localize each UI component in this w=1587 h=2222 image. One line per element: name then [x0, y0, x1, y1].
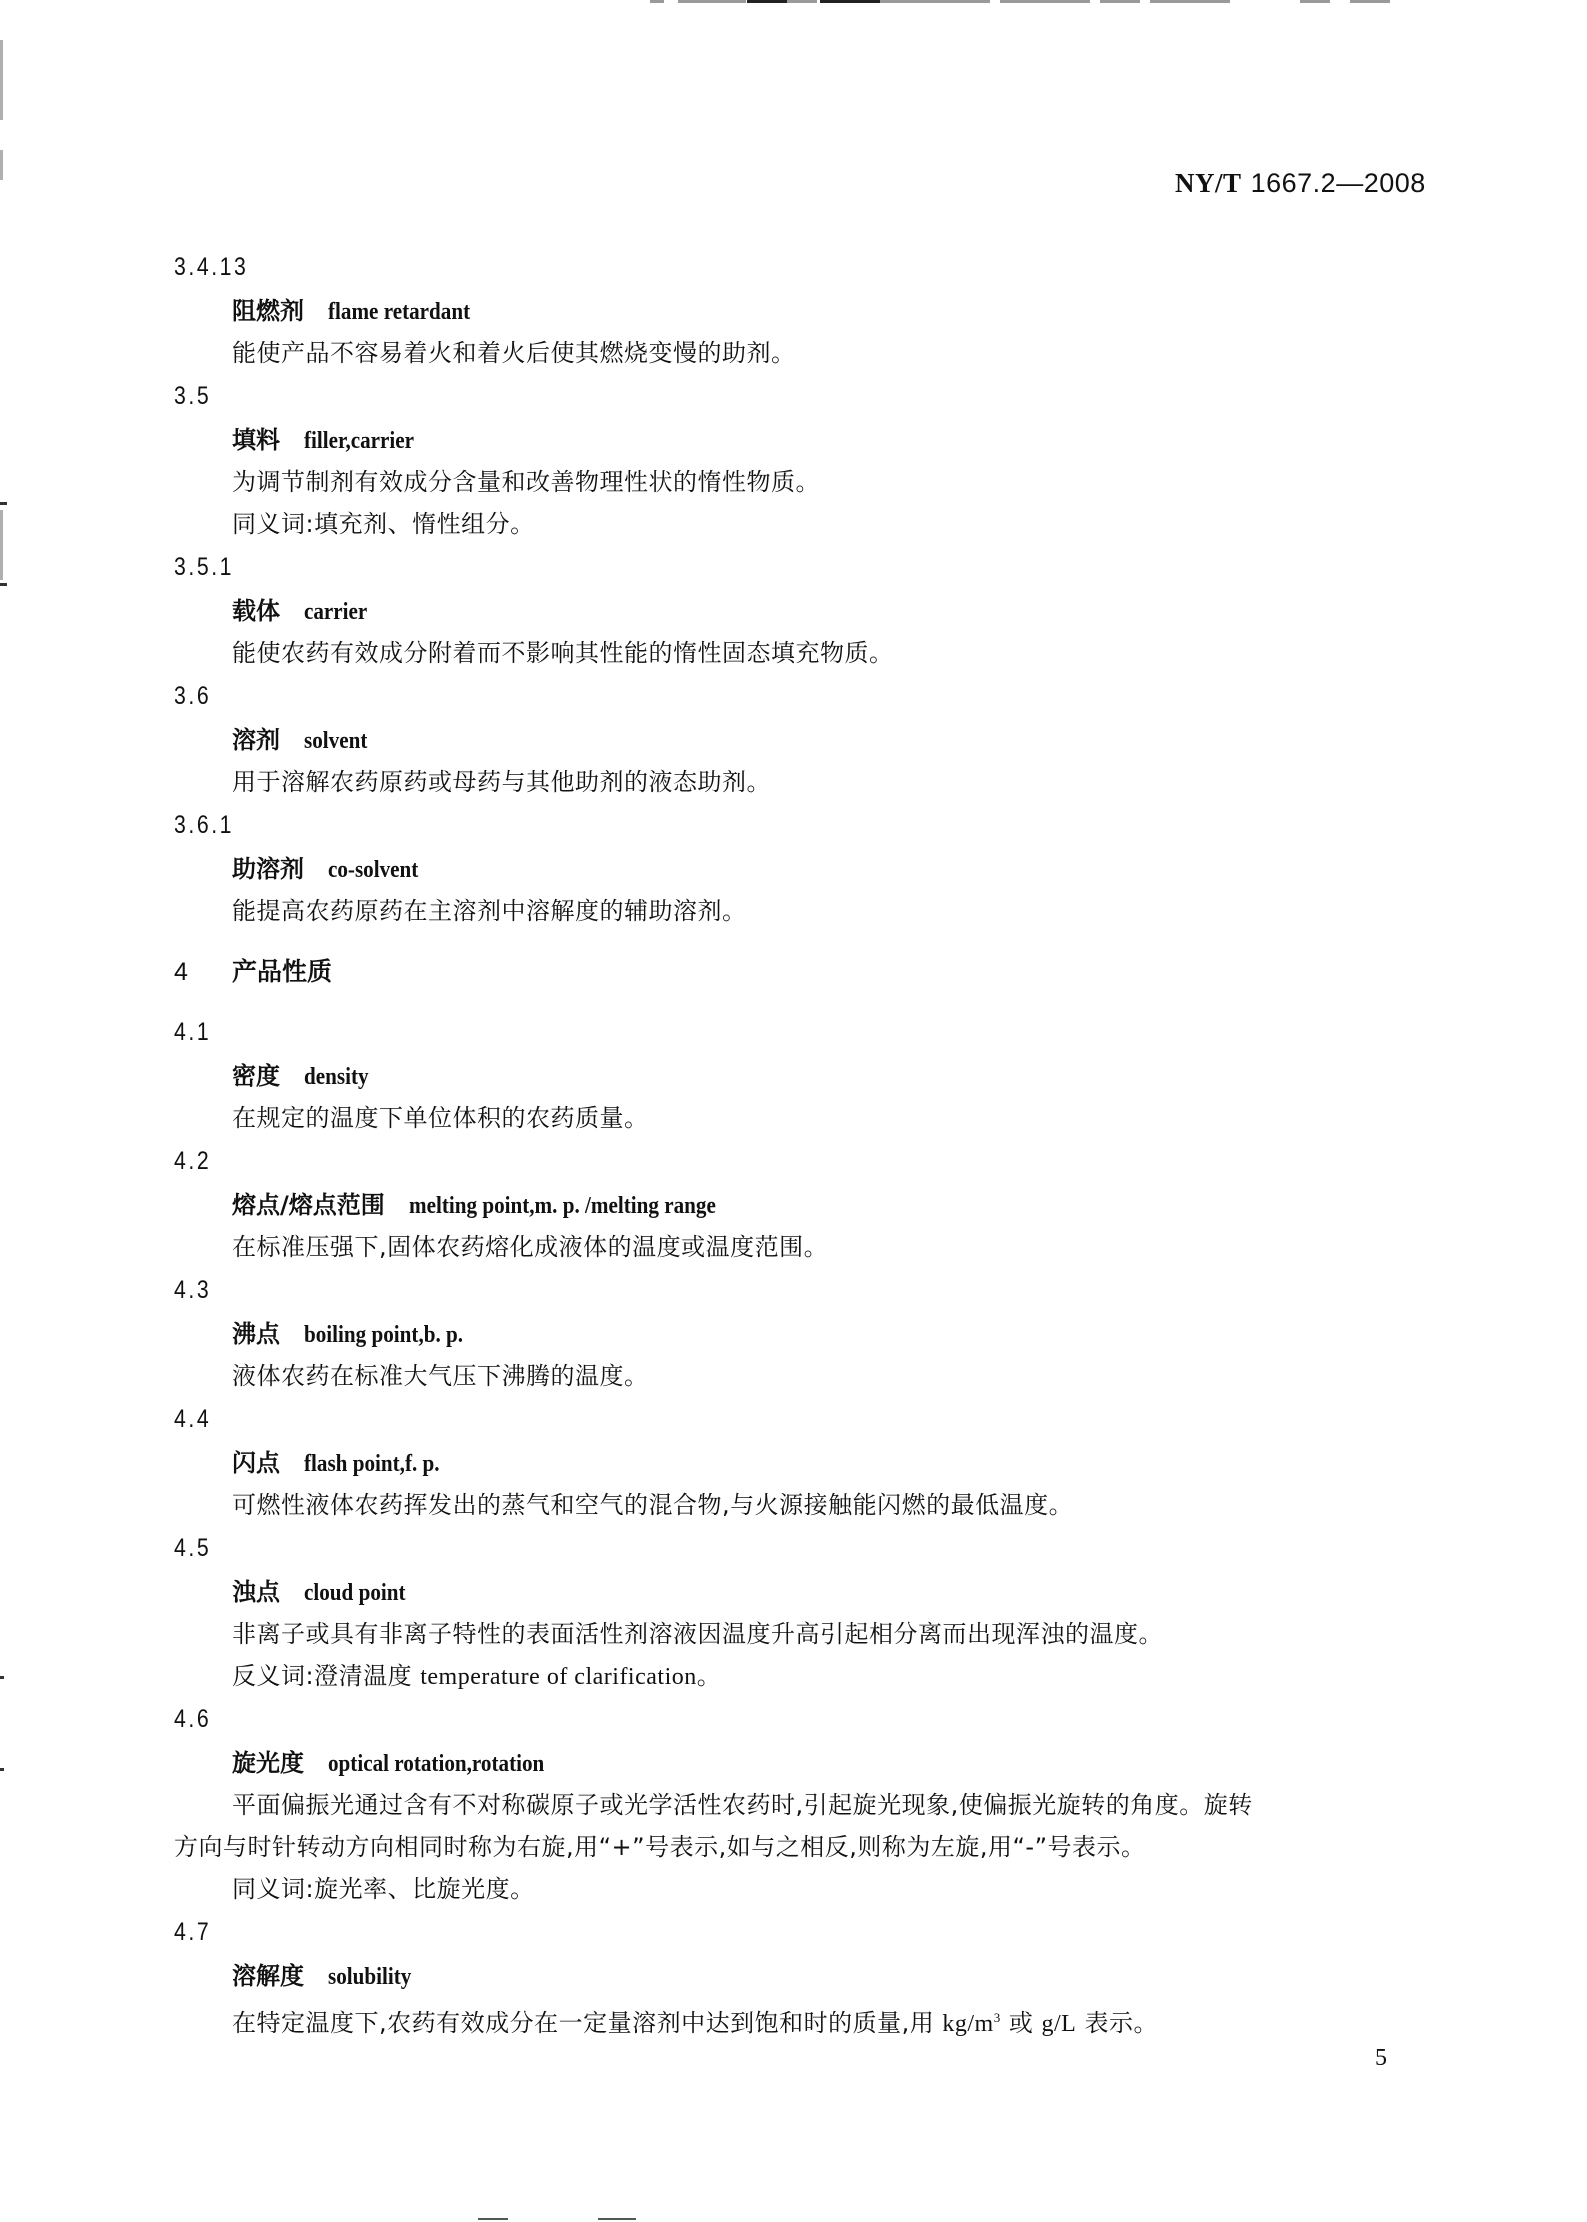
term-heading: 溶剂solvent — [174, 719, 1434, 761]
term-heading: 熔点/熔点范围melting point,m. p. /melting rang… — [174, 1184, 1434, 1226]
term-synonym: 同义词:旋光率、比旋光度。 — [174, 1868, 1434, 1910]
term-definition: 在标准压强下,固体农药熔化成液体的温度或温度范围。 — [174, 1226, 1434, 1268]
term-heading: 填料filler,carrier — [174, 419, 1434, 461]
scan-edge-artifact — [598, 2218, 636, 2220]
term-en: cloud point — [304, 1572, 406, 1614]
scan-edge-artifact — [787, 0, 817, 3]
term-heading: 密度density — [174, 1055, 1434, 1097]
antonym-prefix: 反义词:澄清温度 — [232, 1662, 420, 1690]
term-zh: 助溶剂 — [232, 855, 304, 883]
term-heading: 载体carrier — [174, 590, 1434, 632]
scan-edge-artifact — [820, 0, 880, 3]
standard-number: 1667.2—2008 — [1251, 168, 1426, 198]
term-heading: 溶解度solubility — [174, 1955, 1434, 1997]
term-definition: 可燃性液体农药挥发出的蒸气和空气的混合物,与火源接触能闪燃的最低温度。 — [174, 1484, 1434, 1526]
term-zh: 熔点/熔点范围 — [232, 1191, 385, 1219]
scan-edge-artifact — [1100, 0, 1140, 3]
term-zh: 沸点 — [232, 1320, 280, 1348]
definition-text: 在特定温度下,农药有效成分在一定量溶剂中达到饱和时的质量,用 — [232, 2009, 942, 2037]
scan-edge-artifact — [0, 510, 3, 580]
term-definition: 液体农药在标准大气压下沸腾的温度。 — [174, 1355, 1434, 1397]
scan-edge-artifact — [0, 583, 7, 586]
term-synonym: 同义词:填充剂、惰性组分。 — [174, 503, 1434, 545]
clause-number: 3.6.1 — [174, 803, 1245, 848]
scan-edge-artifact — [478, 2218, 508, 2220]
scan-edge-artifact — [0, 150, 3, 180]
term-zh: 阻燃剂 — [232, 297, 304, 325]
term-zh: 载体 — [232, 597, 280, 625]
term-en: flash point,f. p. — [304, 1443, 440, 1485]
document-body: 3.4.13 阻燃剂flame retardant 能使产品不容易着火和着火后使… — [174, 245, 1434, 2039]
term-heading: 助溶剂co-solvent — [174, 848, 1434, 890]
clause-number: 4.7 — [174, 1910, 1245, 1955]
term-heading: 闪点flash point,f. p. — [174, 1442, 1434, 1484]
scan-edge-artifact — [0, 502, 7, 505]
term-en: solvent — [304, 720, 367, 762]
scan-edge-artifact — [1300, 0, 1330, 3]
term-zh: 闪点 — [232, 1449, 280, 1477]
clause-number: 3.6 — [174, 674, 1245, 719]
term-heading: 阻燃剂flame retardant — [174, 290, 1434, 332]
term-en: density — [304, 1056, 369, 1098]
term-en: carrier — [304, 591, 367, 633]
clause-number: 4.5 — [174, 1526, 1245, 1571]
term-zh: 溶剂 — [232, 726, 280, 754]
term-zh: 溶解度 — [232, 1962, 304, 1990]
term-heading: 浊点cloud point — [174, 1571, 1434, 1613]
term-definition-continued: 方向与时针转动方向相同时称为右旋,用“+”号表示,如与之相反,则称为左旋,用“-… — [174, 1826, 1434, 1868]
clause-number: 4.2 — [174, 1139, 1245, 1184]
term-definition: 非离子或具有非离子特性的表面活性剂溶液因温度升高引起相分离而出现浑浊的温度。 — [174, 1613, 1434, 1655]
section-title: 产品性质 — [232, 957, 332, 986]
term-definition: 为调节制剂有效成分含量和改善物理性状的惰性物质。 — [174, 461, 1434, 503]
clause-number: 4.4 — [174, 1397, 1245, 1442]
definition-text: 表示。 — [1076, 2009, 1158, 2037]
term-definition: 能提高农药原药在主溶剂中溶解度的辅助溶剂。 — [174, 890, 1434, 932]
scan-edge-artifact — [1350, 0, 1390, 3]
term-zh: 浊点 — [232, 1578, 280, 1606]
term-zh: 旋光度 — [232, 1749, 304, 1777]
term-heading: 旋光度optical rotation,rotation — [174, 1742, 1434, 1784]
scan-edge-artifact — [650, 0, 664, 3]
term-en: boiling point,b. p. — [304, 1314, 463, 1356]
term-definition: 在规定的温度下单位体积的农药质量。 — [174, 1097, 1434, 1139]
standard-prefix: NY/T — [1175, 168, 1242, 198]
clause-number: 4.1 — [174, 1010, 1245, 1055]
clause-number: 3.5 — [174, 374, 1245, 419]
term-zh: 填料 — [232, 426, 280, 454]
term-definition: 在特定温度下,农药有效成分在一定量溶剂中达到饱和时的质量,用 kg/m3 或 g… — [174, 1997, 1434, 2039]
standard-code-header: NY/T 1667.2—2008 — [1175, 168, 1426, 199]
antonym-suffix: 。 — [697, 1662, 722, 1690]
scan-edge-artifact — [880, 0, 990, 3]
antonym-en: temperature of clarification — [420, 1664, 697, 1690]
section-number: 4 — [174, 942, 232, 1002]
clause-number: 4.6 — [174, 1697, 1245, 1742]
clause-number: 3.5.1 — [174, 545, 1245, 590]
unit-base: kg/m — [942, 2011, 993, 2037]
scan-edge-artifact — [1150, 0, 1230, 3]
scan-edge-artifact — [747, 0, 787, 3]
term-en: flame retardant — [328, 291, 470, 333]
scan-edge-artifact — [0, 40, 3, 120]
term-definition: 能使农药有效成分附着而不影响其性能的惰性固态填充物质。 — [174, 632, 1434, 674]
term-zh: 密度 — [232, 1062, 280, 1090]
scan-edge-artifact — [1000, 0, 1090, 3]
term-en: co-solvent — [328, 849, 418, 891]
term-antonym: 反义词:澄清温度 temperature of clarification。 — [174, 1655, 1434, 1697]
unit-exponent: 3 — [994, 2010, 1001, 2025]
scan-edge-artifact — [0, 1676, 4, 1679]
scan-edge-artifact — [0, 1768, 4, 1771]
page-number: 5 — [1375, 2045, 1387, 2072]
clause-number: 3.4.13 — [174, 245, 1245, 290]
definition-text: 或 — [1001, 2009, 1042, 2037]
unit-kg-per-m3: kg/m3 — [942, 2011, 1000, 2037]
term-definition: 用于溶解农药原药或母药与其他助剂的液态助剂。 — [174, 761, 1434, 803]
term-heading: 沸点boiling point,b. p. — [174, 1313, 1434, 1355]
term-en: filler,carrier — [304, 420, 414, 462]
term-definition: 平面偏振光通过含有不对称碳原子或光学活性农药时,引起旋光现象,使偏振光旋转的角度… — [174, 1784, 1434, 1826]
term-definition: 能使产品不容易着火和着火后使其燃烧变慢的助剂。 — [174, 332, 1434, 374]
term-en: melting point,m. p. /melting range — [409, 1185, 716, 1227]
scan-edge-artifact — [678, 0, 746, 3]
term-en: solubility — [328, 1956, 411, 1998]
term-en: optical rotation,rotation — [328, 1743, 544, 1785]
clause-number: 4.3 — [174, 1268, 1245, 1313]
unit-g-per-l: g/L — [1042, 2011, 1077, 2037]
section-heading: 4产品性质 — [174, 942, 1434, 1002]
